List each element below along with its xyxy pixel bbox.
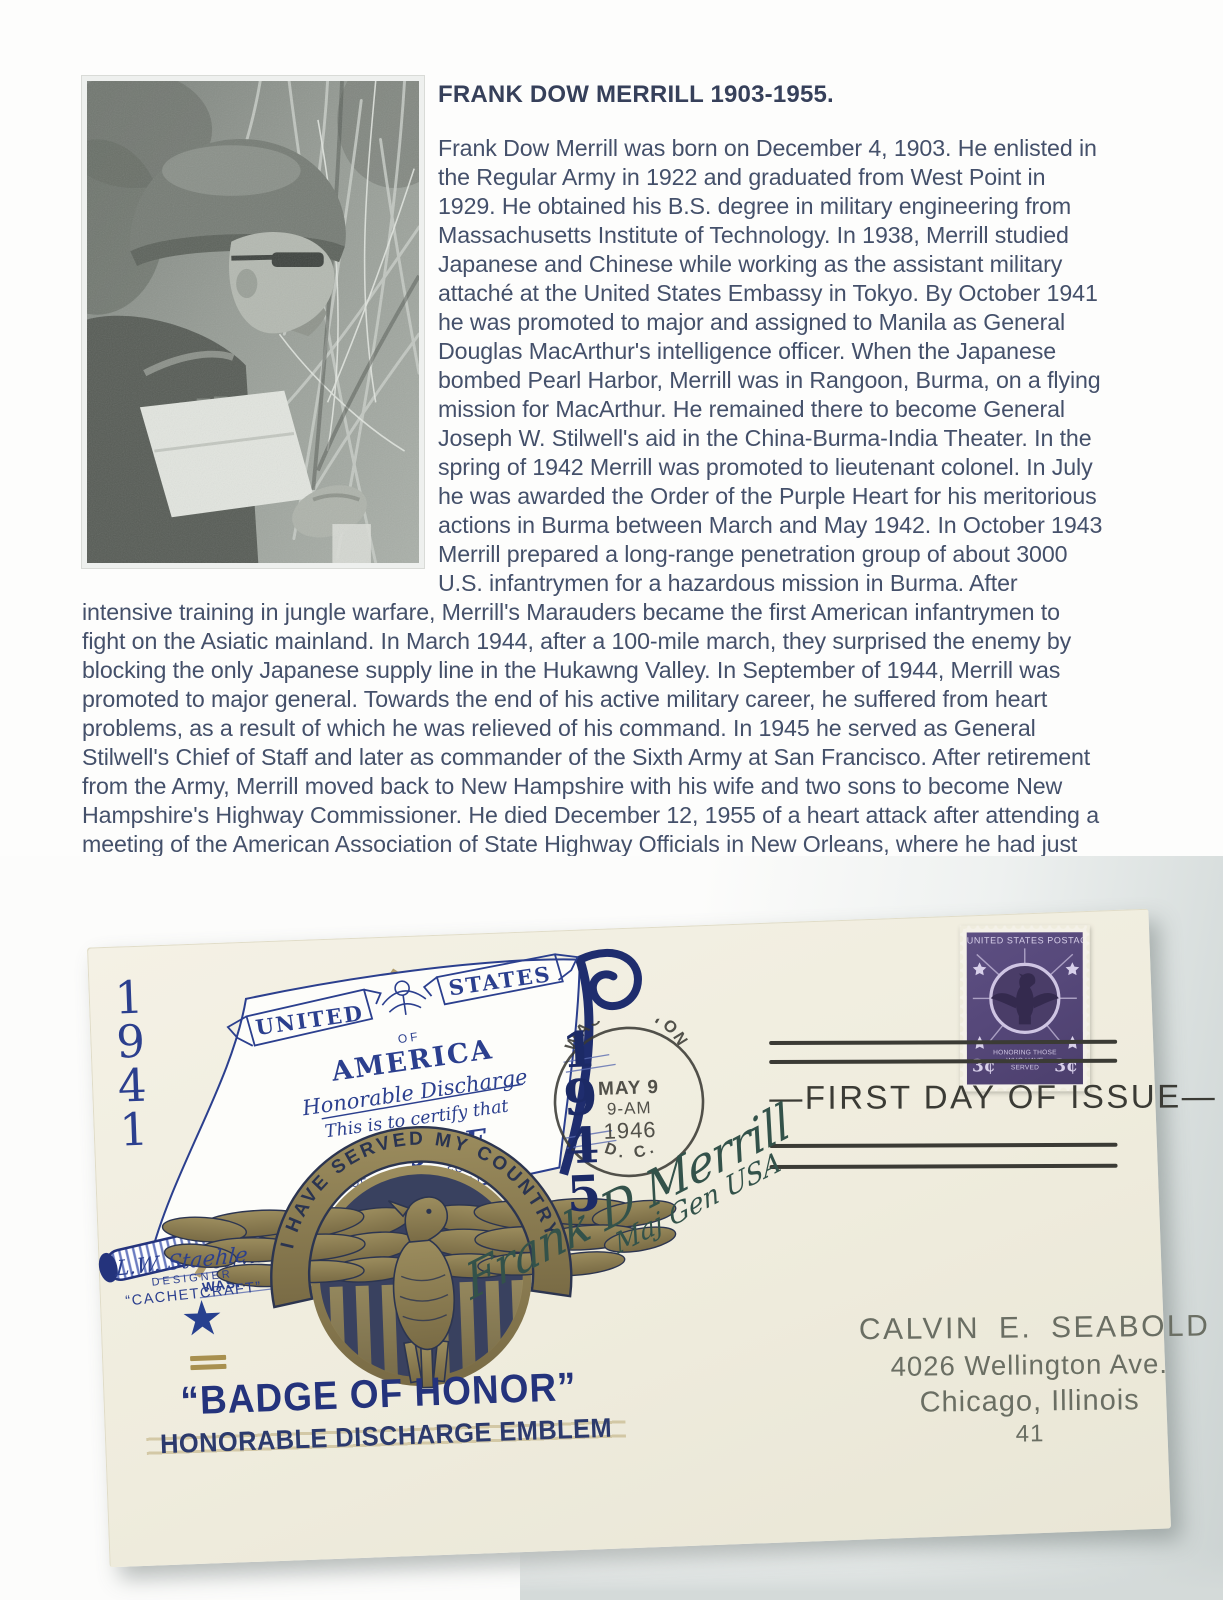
address-name: CALVIN E. SEABOLD bbox=[859, 1308, 1199, 1350]
album-page: FRANK DOW MERRILL 1903-1955. Frank Dow M… bbox=[0, 0, 1223, 1600]
killer-bar bbox=[769, 1059, 1117, 1064]
killer-bar bbox=[769, 1143, 1117, 1148]
killer-bar bbox=[770, 1164, 1118, 1169]
address-zone: 41 bbox=[860, 1418, 1200, 1452]
stamp-eagle bbox=[967, 946, 1083, 1050]
photo-backdrop-shadow bbox=[520, 1548, 1223, 1600]
star-icon: ★ bbox=[180, 1295, 225, 1345]
first-day-cover: 1941 1945 bbox=[87, 909, 1171, 1567]
merrill-photo bbox=[82, 76, 424, 568]
cancellation: —FIRST DAY OF ISSUE— bbox=[769, 1040, 1117, 1171]
first-day-of-issue-text: —FIRST DAY OF ISSUE— bbox=[769, 1078, 1117, 1117]
killer-bar bbox=[769, 1040, 1117, 1045]
address-street: 4026 Wellington Ave. bbox=[859, 1346, 1199, 1386]
biography-section: FRANK DOW MERRILL 1903-1955. Frank Dow M… bbox=[82, 76, 1103, 888]
stamp-header: UNITED STATES POSTAGE bbox=[967, 935, 1083, 945]
recipient-address: CALVIN E. SEABOLD 4026 Wellington Ave. C… bbox=[859, 1308, 1200, 1452]
address-city: Chicago, Illinois bbox=[860, 1382, 1200, 1422]
postmark-date: MAY 9 bbox=[598, 1077, 660, 1100]
merrill-photo-art bbox=[87, 81, 419, 563]
